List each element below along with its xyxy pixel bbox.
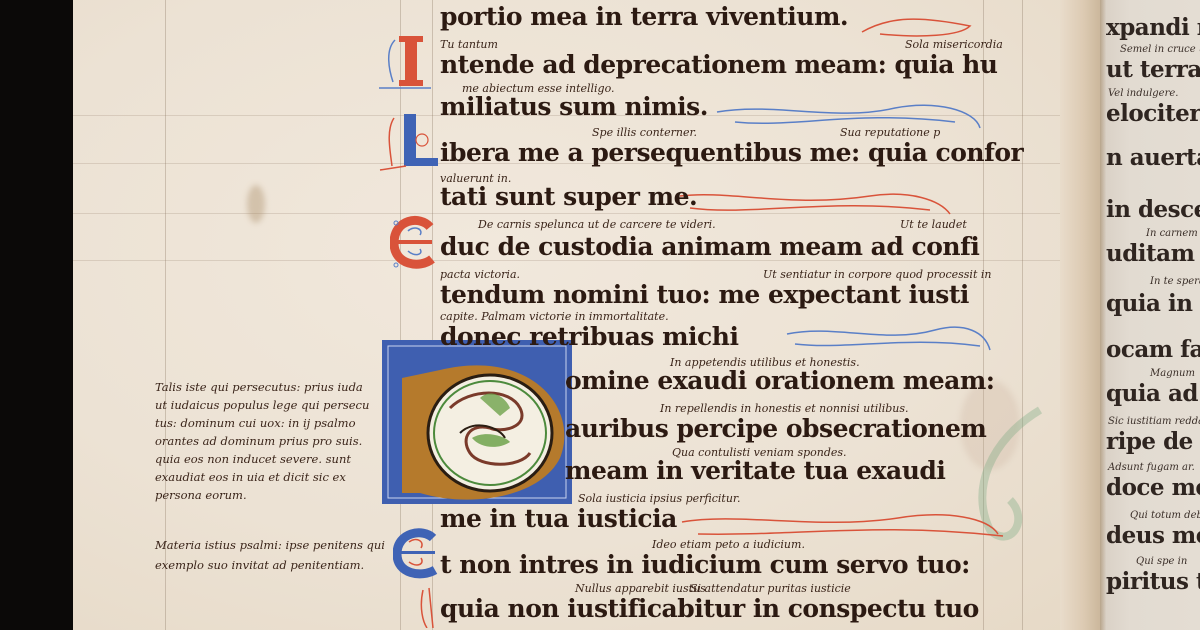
marginal-gloss-line: persona eorum. [155, 488, 247, 502]
marginal-gloss-line: Materia istius psalmi: ipse penitens qui [155, 538, 385, 552]
marginal-gloss-line: quia eos non inducet severe. sunt [155, 452, 351, 466]
facing-page-gloss: Qui totum debe [1130, 510, 1200, 521]
facing-page-edge [1100, 0, 1106, 630]
interlinear-gloss: In appetendis utilibus et honestis. [670, 356, 860, 369]
ruling-line [165, 0, 166, 630]
facing-page-gloss: Magnum [1150, 368, 1195, 379]
initial-L-blue [378, 110, 443, 180]
illuminated-initial-D [380, 338, 580, 510]
interlinear-gloss: In repellendis in honestis et nonnisi ut… [660, 402, 909, 415]
facing-page-line: ripe de inimi [1106, 428, 1200, 455]
psalm-line: duc de custodia animam meam ad confi [440, 232, 979, 261]
psalm-line: meam in veritate tua exaudi [565, 456, 945, 485]
parchment-stain [247, 185, 265, 223]
facing-page-line: piritus tuus b [1106, 568, 1200, 595]
psalm-line: omine exaudi orationem meam: [565, 366, 995, 395]
initial-E-red [390, 215, 440, 270]
interlinear-gloss: Ideo etiam peto a iudicium. [652, 538, 805, 551]
interlinear-gloss: Sola misericordia [905, 38, 1003, 51]
facing-page-line: n auertas fac [1106, 144, 1200, 171]
marginal-gloss-line: Talis iste qui persecutus: prius iuda [155, 380, 363, 394]
interlinear-gloss: valuerunt in. [440, 172, 511, 185]
interlinear-gloss: Qua contulisti veniam spondes. [672, 446, 847, 459]
psalm-line: tati sunt super me. [440, 182, 697, 211]
interlinear-gloss: Sua reputatione p [840, 126, 940, 139]
facing-page-line: ut terra sine a [1106, 56, 1200, 83]
facing-page-gloss: In te speravi [1150, 276, 1200, 287]
facing-page-line: in descenden [1106, 196, 1200, 223]
psalm-line: auribus percipe obsecrationem [565, 414, 986, 443]
psalm-line: quia non iustificabitur in conspectu tuo [440, 594, 979, 623]
interlinear-gloss: me abiectum esse intelligo. [462, 82, 615, 95]
interlinear-gloss: De carnis spelunca ut de carcere te vide… [478, 218, 716, 231]
facing-page-line: doce me facer [1106, 474, 1200, 501]
facing-page-line: uditam fac m [1106, 240, 1200, 267]
facing-page-line: ocam fac mic [1106, 336, 1200, 363]
psalm-line: ibera me a persequentibus me: quia confo… [440, 138, 1023, 167]
initial-E-blue [393, 528, 438, 628]
facing-page-line: deus meus es [1106, 522, 1200, 549]
interlinear-gloss: Nullus apparebit iustus [575, 582, 706, 595]
interlinear-gloss: capite. Palmam victorie in immortalitate… [440, 310, 669, 323]
psalm-line: miliatus sum nimis. [440, 92, 708, 121]
psalm-line: ntende ad deprecationem meam: quia hu [440, 50, 997, 79]
facing-page-gloss: Adsunt fugam ar. [1108, 462, 1195, 473]
facing-page-line: elociter exaudi [1106, 100, 1200, 127]
facing-page-line: quia in te spe [1106, 290, 1200, 317]
interlinear-gloss: Spe illis conterner. [592, 126, 697, 139]
marginal-gloss-line: ut iudaicus populus lege qui persecu [155, 398, 369, 412]
interlinear-gloss: Ut te laudet [900, 218, 967, 231]
psalm-line: donec retribuas michi [440, 322, 738, 351]
marginal-gloss-line: tus: dominum cui uox: in ij psalmo [155, 416, 356, 430]
facing-page-gloss: Vel indulgere. [1108, 88, 1178, 99]
psalm-line: me in tua iusticia [440, 504, 677, 533]
interlinear-gloss: Si attendatur puritas iusticie [690, 582, 851, 595]
facing-page-gloss: In carnem [1146, 228, 1198, 239]
facing-page: xpandi manus Semel in cruce quod ut terr… [1100, 0, 1200, 630]
marginal-gloss-line: exemplo suo invitat ad penitentiam. [155, 558, 364, 572]
interlinear-gloss: Sola iusticia ipsius perficitur. [578, 492, 740, 505]
facing-page-gloss: Semel in cruce quod [1120, 44, 1200, 55]
marginal-gloss-line: orantes ad dominum prius pro suis. [155, 434, 362, 448]
psalm-line: t non intres in iudicium cum servo tuo: [440, 550, 970, 579]
interlinear-gloss: Ut sentiatur in corpore quod processit i… [763, 268, 991, 281]
facing-page-gloss: Qui spe in [1136, 556, 1187, 567]
facing-page-line: quia ad te lev [1106, 380, 1200, 407]
interlinear-gloss: pacta victoria. [440, 268, 520, 281]
psalm-line: portio mea in terra viventium. [440, 2, 848, 31]
facing-page-gloss: Sic iustitiam reddant [1108, 416, 1200, 427]
psalm-line: tendum nomini tuo: me expectant iusti [440, 280, 969, 309]
line-filler-blue [785, 322, 995, 357]
facing-page-line: xpandi manus [1106, 14, 1200, 41]
marginal-gloss-line: exaudiat eos in uia et dicit sic ex [155, 470, 346, 484]
interlinear-gloss: Tu tantum [440, 38, 498, 51]
black-background-edge [0, 0, 73, 630]
initial-I-red [375, 30, 435, 90]
